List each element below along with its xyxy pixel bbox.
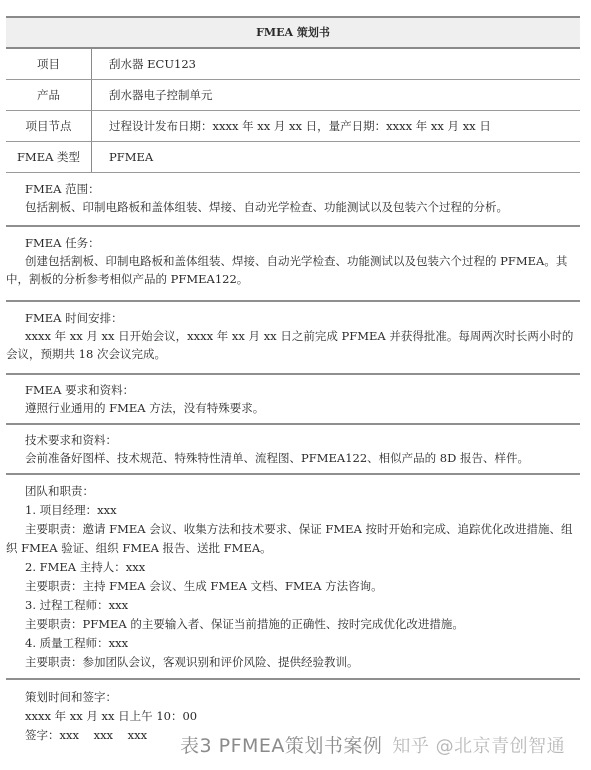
row-value: 刮水器 ECU123	[92, 49, 580, 79]
section-heading: FMEA 要求和资料：	[6, 381, 580, 399]
row-milestones: 项目节点 过程设计发布日期：xxxx 年 xx 月 xx 日，量产日期：xxxx…	[6, 111, 580, 142]
watermark: 知乎 @北京青创智通	[392, 736, 565, 757]
section-task: FMEA 任务： 创建包括割板、印制电路板和盖体组装、焊接、自动光学检查、功能测…	[6, 227, 580, 302]
section-heading: 策划时间和签字：	[6, 688, 580, 707]
section-heading: FMEA 任务：	[6, 234, 580, 252]
section-text: 会前准备好图样、技术规范、特殊特性清单、流程图、PFMEA122、相似产品的 8…	[6, 449, 580, 467]
row-key: 产品	[6, 80, 92, 110]
fmea-plan-document: FMEA 策划书 项目 刮水器 ECU123 产品 刮水器电子控制单元 项目节点…	[6, 16, 580, 752]
section-text: 创建包括割板、印制电路板和盖体组装、焊接、自动光学检查、功能测试以及包装六个过程…	[6, 252, 580, 288]
team-member-role: 2. FMEA 主持人：xxx	[6, 558, 580, 577]
row-value: PFMEA	[92, 142, 580, 172]
team-member-duty: 主要职责：参加团队会议，客观识别和评价风险、提供经验教训。	[6, 653, 580, 672]
row-key: FMEA 类型	[6, 142, 92, 172]
team-member-role: 1. 项目经理：xxx	[6, 501, 580, 520]
section-requirements: FMEA 要求和资料： 遵照行业通用的 FMEA 方法，没有特殊要求。	[6, 375, 580, 425]
figure-caption: 表3 PFMEA策划书案例知乎 @北京青创智通	[180, 731, 565, 758]
section-tech: 技术要求和资料： 会前准备好图样、技术规范、特殊特性清单、流程图、PFMEA12…	[6, 425, 580, 475]
team-member-duty: 主要职责：PFMEA 的主要输入者、保证当前措施的正确性、按时完成优化改进措施。	[6, 615, 580, 634]
team-member-duty: 主要职责：主持 FMEA 会议、生成 FMEA 文档、FMEA 方法咨询。	[6, 577, 580, 596]
section-scope: FMEA 范围： 包括割板、印制电路板和盖体组装、焊接、自动光学检查、功能测试以…	[6, 173, 580, 227]
team-member-duty: 主要职责：邀请 FMEA 会议、收集方法和技术要求、保证 FMEA 按时开始和完…	[6, 520, 580, 558]
signoff-datetime: xxxx 年 xx 月 xx 日上午 10：00	[6, 707, 580, 726]
row-key: 项目	[6, 49, 92, 79]
row-product: 产品 刮水器电子控制单元	[6, 80, 580, 111]
caption-text: 表3 PFMEA策划书案例	[180, 735, 382, 757]
section-text: 遵照行业通用的 FMEA 方法，没有特殊要求。	[6, 399, 580, 417]
row-project: 项目 刮水器 ECU123	[6, 49, 580, 80]
section-heading: 团队和职责：	[6, 482, 580, 501]
section-heading: FMEA 时间安排：	[6, 309, 580, 327]
section-text: xxxx 年 xx 月 xx 日开始会议，xxxx 年 xx 月 xx 日之前完…	[6, 327, 580, 363]
section-schedule: FMEA 时间安排： xxxx 年 xx 月 xx 日开始会议，xxxx 年 x…	[6, 302, 580, 375]
document-title: FMEA 策划书	[6, 16, 580, 49]
row-value: 刮水器电子控制单元	[92, 80, 580, 110]
row-value: 过程设计发布日期：xxxx 年 xx 月 xx 日，量产日期：xxxx 年 xx…	[92, 111, 580, 141]
section-text: 包括割板、印制电路板和盖体组装、焊接、自动光学检查、功能测试以及包装六个过程的分…	[6, 198, 580, 216]
row-fmea-type: FMEA 类型 PFMEA	[6, 142, 580, 173]
section-heading: FMEA 范围：	[6, 180, 580, 198]
section-heading: 技术要求和资料：	[6, 431, 580, 449]
section-team: 团队和职责： 1. 项目经理：xxx 主要职责：邀请 FMEA 会议、收集方法和…	[6, 475, 580, 680]
team-member-role: 3. 过程工程师：xxx	[6, 596, 580, 615]
team-member-role: 4. 质量工程师：xxx	[6, 634, 580, 653]
row-key: 项目节点	[6, 111, 92, 141]
